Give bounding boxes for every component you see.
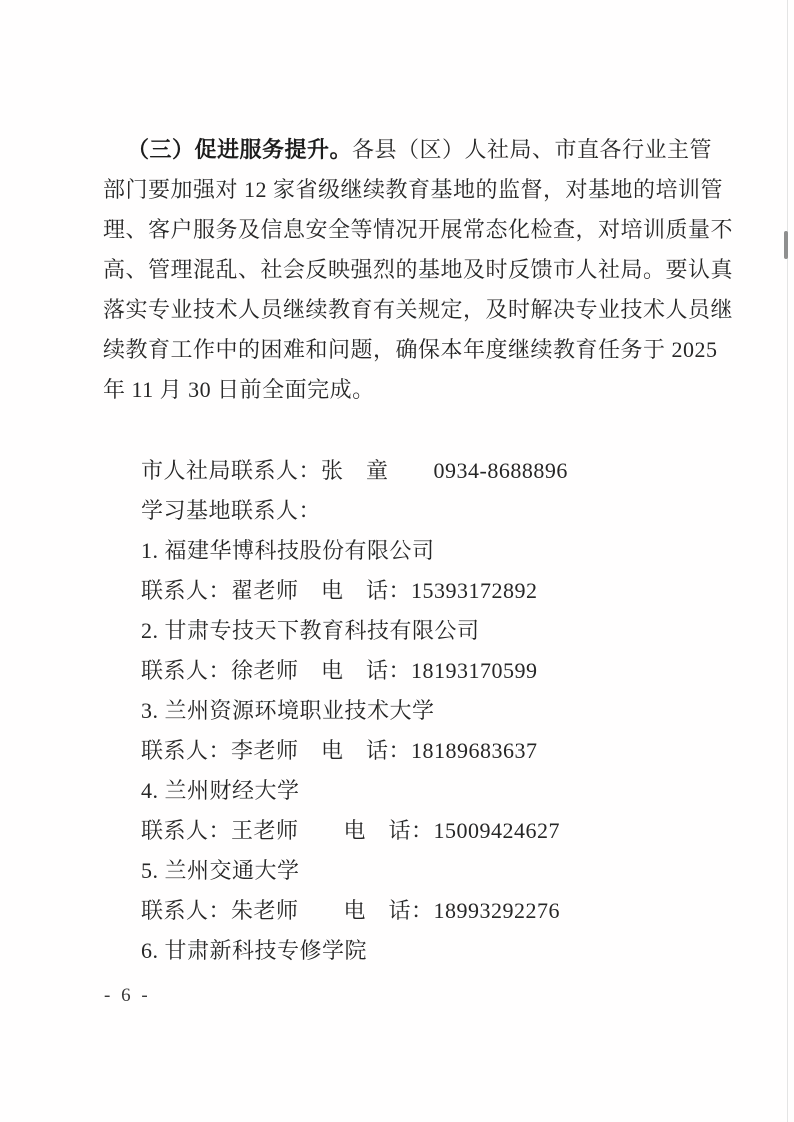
entry-title-line: 4. 兰州财经大学: [103, 771, 723, 811]
bureau-contact-line: 市人社局联系人：张 童 0934-8688896: [103, 451, 723, 491]
entry-title-line: 5. 兰州交通大学: [103, 851, 723, 891]
base-contacts-header: 学习基地联系人：: [103, 491, 723, 531]
paragraph-line: 年 11 月 30 日前全面完成。: [103, 370, 703, 410]
page-number: - 6 -: [104, 985, 151, 1007]
paragraph-line: 高、管理混乱、社会反映强烈的基地及时反馈市人社局。要认真: [103, 250, 703, 290]
contacts-section: 市人社局联系人：张 童 0934-8688896 学习基地联系人： 1. 福建华…: [103, 451, 723, 971]
paragraph-line: 续教育工作中的困难和问题，确保本年度继续教育任务于 2025: [103, 330, 703, 370]
entry-title-line: 6. 甘肃新科技专修学院: [103, 931, 723, 971]
paragraph-line: 部门要加强对 12 家省级继续教育基地的监督，对基地的培训管: [103, 170, 703, 210]
entry-contact-line: 联系人：翟老师 电 话：15393172892: [103, 571, 723, 611]
section-heading: （三）促进服务提升。: [127, 137, 352, 162]
entry-contact-line: 联系人：徐老师 电 话：18193170599: [103, 651, 723, 691]
entry-contact-line: 联系人：朱老师 电 话：18993292276: [103, 891, 723, 931]
document-body: （三）促进服务提升。各县（区）人社局、市直各行业主管 部门要加强对 12 家省级…: [103, 130, 703, 410]
entry-title-line: 2. 甘肃专技天下教育科技有限公司: [103, 611, 723, 651]
entry-title-line: 1. 福建华博科技股份有限公司: [103, 531, 723, 571]
scan-edge-line: [787, 0, 788, 1122]
entry-contact-line: 联系人：王老师 电 话：15009424627: [103, 811, 723, 851]
scan-edge-mark: [784, 231, 788, 259]
scanned-document-page: （三）促进服务提升。各县（区）人社局、市直各行业主管 部门要加强对 12 家省级…: [0, 0, 794, 1122]
entry-title-line: 3. 兰州资源环境职业技术大学: [103, 691, 723, 731]
paragraph-line: 落实专业技术人员继续教育有关规定，及时解决专业技术人员继: [103, 290, 703, 330]
paragraph-line: （三）促进服务提升。各县（区）人社局、市直各行业主管: [103, 130, 703, 170]
paragraph-line: 理、客户服务及信息安全等情况开展常态化检查，对培训质量不: [103, 210, 703, 250]
paragraph-line-text: 各县（区）人社局、市直各行业主管: [352, 137, 712, 162]
entry-contact-line: 联系人：李老师 电 话：18189683637: [103, 731, 723, 771]
